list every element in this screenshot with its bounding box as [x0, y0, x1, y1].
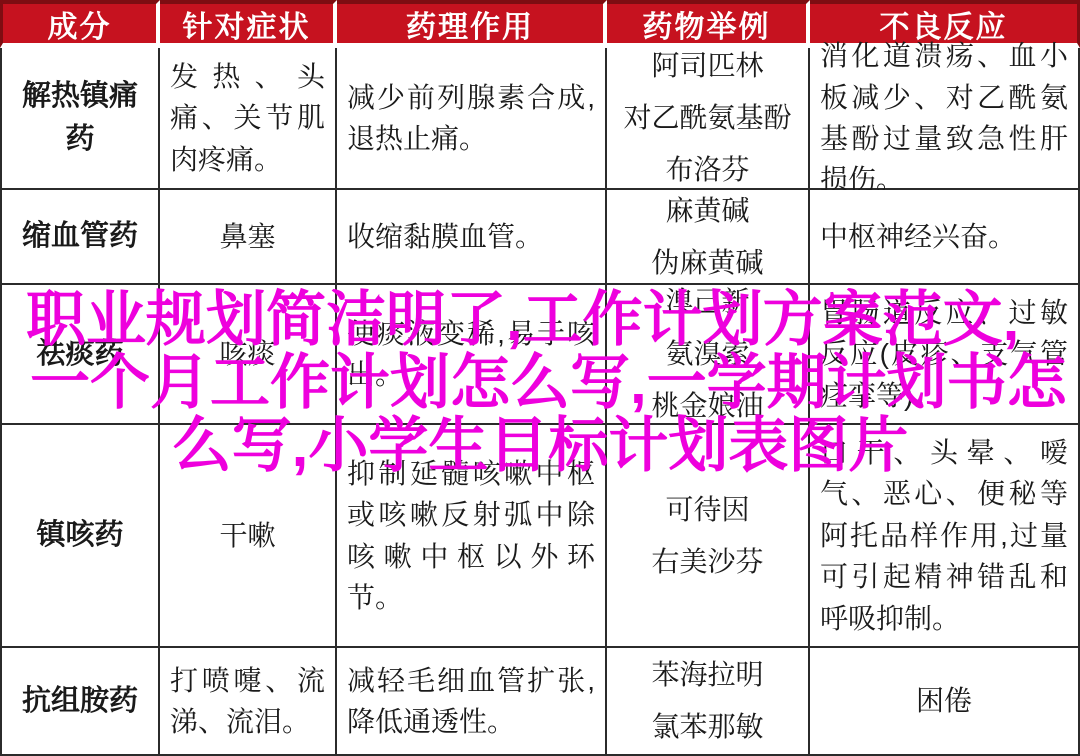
cell-examples: 阿司匹林 对乙酰氨基酚 布洛芬 [607, 48, 810, 190]
cell-text: 祛痰药 [12, 333, 148, 376]
cell-examples: 溴己新 氨溴索 桃金娘油 [607, 285, 810, 425]
cell-adverse: 消化道溃疡、血小板减少、对乙酰氨基酚过量致急性肝损伤。 [810, 48, 1080, 190]
cell-symptoms: 打喷嚏、流涕、流泪。 [160, 648, 337, 756]
cell-text: 困倦 [820, 680, 1068, 721]
cell-text: 发热、头痛、关节肌肉疼痛。 [170, 56, 325, 180]
cell-action: 收缩黏膜血管。 [337, 190, 607, 285]
cell-adverse: 口干、头晕、嗳气、恶心、便秘等阿托品样作用,过量可引起精神错乱和呼吸抑制。 [810, 425, 1080, 648]
medication-table: 成分 针对症状 药理作用 药物举例 不良反应 解热镇痛药 发热、头痛、关节肌肉疼… [0, 0, 1080, 756]
example-drug: 阿司匹林 [617, 40, 798, 92]
cell-text: 减轻毛细血管扩张,降低通透性。 [347, 660, 595, 743]
cell-component: 镇咳药 [0, 425, 160, 648]
example-drug: 麻黄碱 [617, 185, 798, 237]
example-drug: 可待因 [617, 484, 798, 536]
example-drug: 对乙酰氨基酚 [617, 92, 798, 144]
header-action: 药理作用 [337, 0, 607, 48]
cell-action: 抑制延髓咳嗽中枢或咳嗽反射弧中除咳嗽中枢以外环节。 [337, 425, 607, 648]
cell-examples: 麻黄碱 伪麻黄碱 [607, 190, 810, 285]
example-drug: 桃金娘油 [617, 380, 798, 432]
example-drug: 氨溴索 [617, 328, 798, 380]
cell-text: 抑制延髓咳嗽中枢或咳嗽反射弧中除咳嗽中枢以外环节。 [347, 453, 595, 619]
cell-action: 使痰液变稀,易于咳出。 [337, 285, 607, 425]
cell-adverse: 中枢神经兴奋。 [810, 190, 1080, 285]
cell-text: 打喷嚏、流涕、流泪。 [170, 660, 325, 743]
cell-component: 祛痰药 [0, 285, 160, 425]
cell-text: 解热镇痛药 [12, 75, 148, 161]
cell-text: 干嗽 [170, 515, 325, 556]
cell-symptoms: 咳痰 [160, 285, 337, 425]
cell-component: 抗组胺药 [0, 648, 160, 756]
cell-symptoms: 干嗽 [160, 425, 337, 648]
cell-text: 口干、头晕、嗳气、恶心、便秘等阿托品样作用,过量可引起精神错乱和呼吸抑制。 [820, 432, 1068, 639]
cell-examples: 可待因 右美沙芬 [607, 425, 810, 648]
cell-text: 胃肠道反应、过敏反应(皮疹、支气管痉挛等)。 [820, 292, 1068, 416]
cell-text: 收缩黏膜血管。 [347, 216, 595, 257]
cell-text: 鼻塞 [170, 216, 325, 257]
cell-text: 抗组胺药 [12, 680, 148, 723]
cell-text: 缩血管药 [12, 215, 148, 258]
cell-action: 减少前列腺素合成,退热止痛。 [337, 48, 607, 190]
cell-component: 解热镇痛药 [0, 48, 160, 190]
cell-symptoms: 鼻塞 [160, 190, 337, 285]
cell-examples: 苯海拉明 氯苯那敏 [607, 648, 810, 756]
cell-action: 减轻毛细血管扩张,降低通透性。 [337, 648, 607, 756]
example-drug: 右美沙芬 [617, 536, 798, 588]
cell-text: 消化道溃疡、血小板减少、对乙酰氨基酚过量致急性肝损伤。 [820, 35, 1068, 201]
example-drug: 溴己新 [617, 276, 798, 328]
header-symptoms: 针对症状 [160, 0, 337, 48]
example-drug: 苯海拉明 [617, 649, 798, 701]
cell-text: 镇咳药 [12, 514, 148, 557]
cell-symptoms: 发热、头痛、关节肌肉疼痛。 [160, 48, 337, 190]
cell-text: 使痰液变稀,易于咳出。 [347, 313, 595, 396]
example-drug: 氯苯那敏 [617, 701, 798, 753]
cell-adverse: 困倦 [810, 648, 1080, 756]
cell-text: 减少前列腺素合成,退热止痛。 [347, 77, 595, 160]
cell-adverse: 胃肠道反应、过敏反应(皮疹、支气管痉挛等)。 [810, 285, 1080, 425]
medication-table-page: 成分 针对症状 药理作用 药物举例 不良反应 解热镇痛药 发热、头痛、关节肌肉疼… [0, 0, 1080, 756]
cell-text: 咳痰 [170, 333, 325, 374]
cell-component: 缩血管药 [0, 190, 160, 285]
cell-text: 中枢神经兴奋。 [820, 216, 1068, 257]
header-component: 成分 [0, 0, 160, 48]
